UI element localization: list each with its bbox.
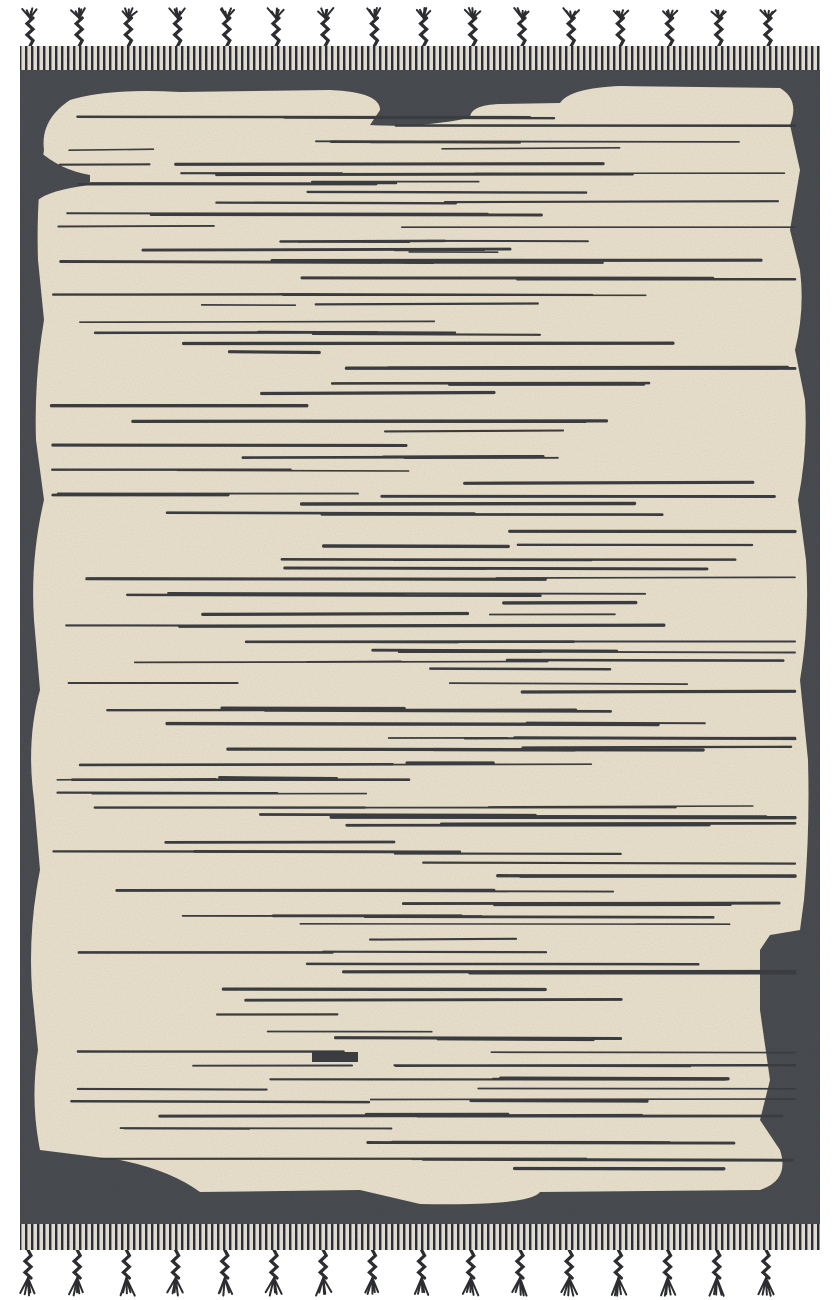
streak bbox=[316, 141, 739, 142]
streak bbox=[331, 817, 795, 818]
streak bbox=[403, 903, 779, 904]
streak bbox=[69, 149, 153, 150]
streak bbox=[71, 1101, 369, 1102]
streak bbox=[442, 148, 619, 149]
streak bbox=[285, 568, 707, 569]
streak bbox=[308, 192, 586, 193]
streak bbox=[58, 793, 278, 794]
streak bbox=[262, 393, 494, 394]
streak bbox=[336, 1038, 621, 1039]
streak bbox=[80, 764, 393, 765]
streak bbox=[527, 723, 705, 724]
streak bbox=[135, 662, 548, 663]
streak bbox=[217, 174, 633, 175]
streak bbox=[523, 747, 792, 748]
streak bbox=[465, 738, 795, 739]
streak bbox=[230, 352, 320, 353]
streak bbox=[370, 939, 516, 940]
kilim-bottom bbox=[20, 1224, 820, 1250]
streak bbox=[243, 457, 434, 458]
streak bbox=[434, 750, 575, 751]
streak bbox=[216, 203, 456, 204]
streak bbox=[258, 332, 455, 333]
streak bbox=[445, 201, 778, 202]
streak bbox=[438, 1039, 594, 1040]
streak bbox=[151, 215, 541, 216]
streak bbox=[423, 863, 795, 864]
streak bbox=[396, 1065, 795, 1066]
streak bbox=[489, 806, 753, 807]
rug-photo bbox=[0, 0, 835, 1300]
streak bbox=[280, 294, 593, 295]
kilim-top bbox=[20, 46, 820, 70]
streak bbox=[168, 593, 645, 594]
streak bbox=[265, 710, 610, 711]
rug bbox=[20, 46, 820, 1250]
streak bbox=[522, 691, 794, 692]
streak bbox=[78, 1089, 267, 1090]
streak bbox=[180, 625, 664, 626]
streak bbox=[465, 482, 753, 483]
streak bbox=[246, 999, 622, 1000]
streak bbox=[87, 579, 545, 580]
streak bbox=[498, 876, 795, 877]
streak bbox=[471, 1101, 647, 1102]
streak bbox=[323, 952, 546, 953]
streak bbox=[302, 504, 635, 505]
streak bbox=[220, 778, 337, 779]
streak bbox=[313, 334, 540, 335]
streak bbox=[507, 660, 783, 661]
streak bbox=[282, 559, 591, 560]
streak bbox=[284, 118, 554, 119]
streak bbox=[430, 669, 610, 670]
streak bbox=[176, 164, 603, 165]
streak bbox=[450, 683, 688, 684]
streak bbox=[203, 614, 468, 615]
streak bbox=[80, 321, 434, 322]
streak bbox=[511, 343, 663, 344]
streak bbox=[316, 304, 538, 305]
streak bbox=[58, 226, 214, 227]
streak bbox=[385, 431, 563, 432]
dark-patch bbox=[312, 1052, 358, 1062]
streak bbox=[133, 421, 607, 422]
streak bbox=[434, 652, 795, 653]
